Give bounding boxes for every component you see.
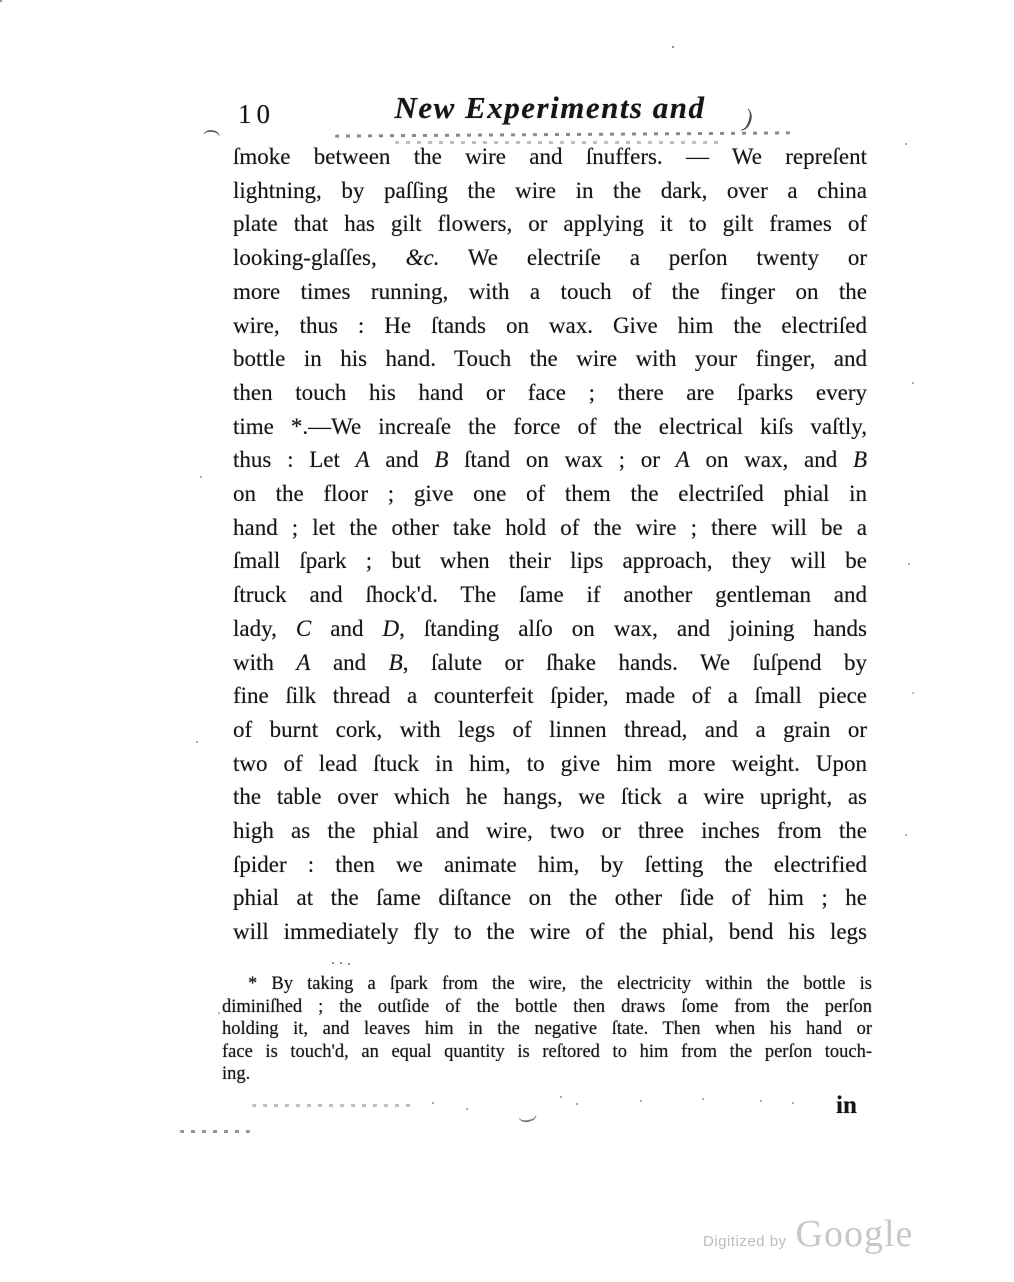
text-line: lightning, by paſſing the wire in the da… <box>233 174 867 208</box>
digitizer-watermark: Digitized by Google <box>703 1212 913 1256</box>
text-line: ſtruck and ſhock'd. The ſame if another … <box>233 578 867 612</box>
text-line: with A and B, ſalute or ſhake hands. We … <box>233 646 867 680</box>
text-line: fine ſilk thread a counterfeit ſpider, m… <box>233 679 867 713</box>
text-line: thus : Let A and B ſtand on wax ; or A o… <box>233 443 867 477</box>
text-line: two of lead ſtuck in him, to give him mo… <box>233 747 867 781</box>
text-line: bottle in his hand. Touch the wire with … <box>233 342 867 376</box>
google-logo: Google <box>796 1212 914 1256</box>
ink-specks <box>0 0 2 2</box>
ink-smudge-line <box>180 1130 250 1133</box>
text-line: on the floor ; give one of them the elec… <box>233 477 867 511</box>
text-line: lady, C and D, ſtanding alſo on wax, and… <box>233 612 867 646</box>
text-line: high as the phial and wire, two or three… <box>233 814 867 848</box>
ink-curl-mark: ( <box>202 128 224 136</box>
text-line: the table over which he hangs, we ſtick … <box>233 780 867 814</box>
footnote: * By taking a ſpark from the wire, the e… <box>222 973 872 1086</box>
footnote-line: ing. <box>222 1063 872 1086</box>
scanned-book-page: 10 New Experiments and ) ( ſmoke between… <box>0 0 1014 1282</box>
text-line: plate that has gilt flowers, or applying… <box>233 207 867 241</box>
text-line: ſpider : then we animate him, by ſetting… <box>233 848 867 882</box>
text-line: will immediately fly to the wire of the … <box>233 915 867 949</box>
ink-smudge-line <box>252 1104 412 1107</box>
text-line: time *.—We increaſe the force of the ele… <box>233 410 867 444</box>
text-line: wire, thus : He ſtands on wax. Give him … <box>233 309 867 343</box>
ink-smudge-line <box>335 131 790 137</box>
footnote-line: * By taking a ſpark from the wire, the e… <box>222 973 872 996</box>
body-text: ſmoke between the wire and ſnuffers. — W… <box>233 140 867 949</box>
catchword: in <box>836 1092 857 1120</box>
footnote-line: face is touch'd, an equal quantity is re… <box>222 1041 872 1064</box>
footnote-line: diminiſhed ; the outſide of the bottle t… <box>222 996 872 1019</box>
text-line: of burnt cork, with legs of linnen threa… <box>233 713 867 747</box>
text-line: more times running, with a touch of the … <box>233 275 867 309</box>
watermark-prefix: Digitized by <box>703 1233 787 1250</box>
text-line: hand ; let the other take hold of the wi… <box>233 511 867 545</box>
footnote-line: holding it, and leaves him in the negati… <box>222 1018 872 1041</box>
text-line: phial at the ſame diſtance on the other … <box>233 881 867 915</box>
text-line: then touch his hand or face ; there are … <box>233 376 867 410</box>
ink-curl-mark: ( <box>515 1114 539 1125</box>
text-line: ſmall ſpark ; but when their lips approa… <box>233 544 867 578</box>
text-line: looking-glaſſes, &c. We electriſe a perſ… <box>233 241 867 275</box>
text-line: ſmoke between the wire and ſnuffers. — W… <box>233 140 867 174</box>
running-title: New Experiments and <box>233 90 867 126</box>
